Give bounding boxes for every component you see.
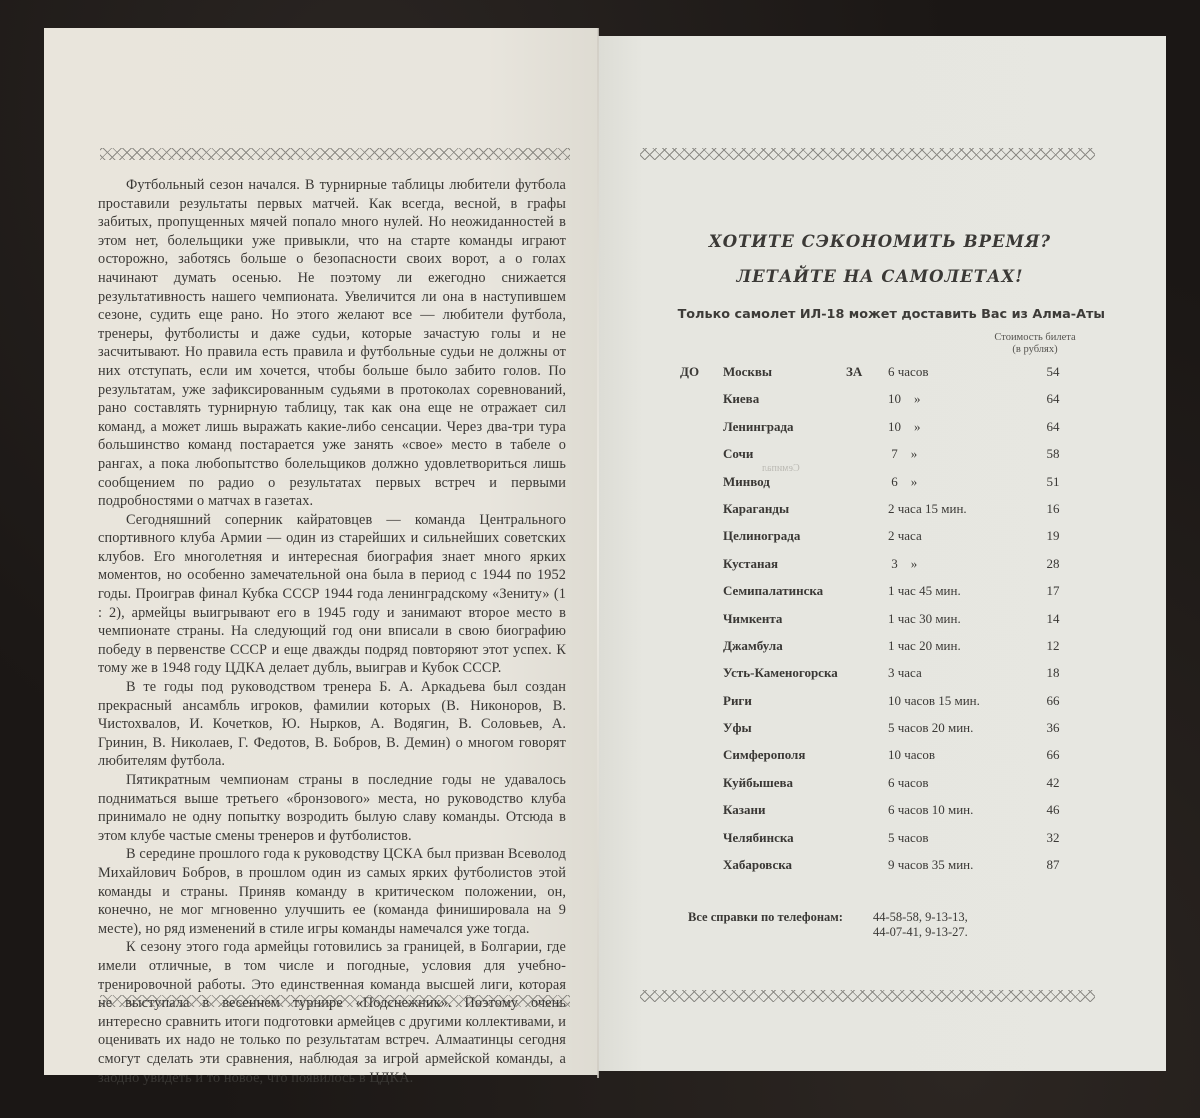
- ticket-price: 32: [1038, 830, 1068, 846]
- price-header-unit: (в рублях): [960, 344, 1110, 356]
- destination-city: Ленинграда: [723, 419, 794, 435]
- ticket-price: 36: [1038, 720, 1068, 736]
- destination-city: Джамбула: [723, 638, 783, 654]
- article-paragraph: Сегодняшний соперник кайратовцев — коман…: [98, 511, 566, 678]
- table-row: Киева10 »64: [670, 391, 1100, 418]
- ticket-price: 51: [1038, 474, 1068, 490]
- table-row: Симферополя10 часов66: [670, 747, 1100, 774]
- ad-headline: ХОТИТЕ СЭКОНОМИТЬ ВРЕМЯ?: [620, 232, 1140, 251]
- destination-city: Кустаная: [723, 556, 778, 572]
- article-paragraph: Футбольный сезон начался. В турнирные та…: [98, 176, 566, 511]
- flight-duration: 2 часа 15 мин.: [888, 501, 967, 517]
- flight-duration: 10 часов: [888, 747, 935, 763]
- destination-city: Куйбышева: [723, 775, 793, 791]
- ticket-price: 64: [1038, 419, 1068, 435]
- table-row: Целинограда2 часа19: [670, 528, 1100, 555]
- article-paragraph: Пятикратным чемпионам страны в последние…: [98, 771, 566, 845]
- ticket-price: 66: [1038, 747, 1068, 763]
- flight-duration: 6 »: [888, 474, 917, 490]
- ticket-price: 14: [1038, 611, 1068, 627]
- table-row: Ленинграда10 »64: [670, 419, 1100, 446]
- destination-city: Челябинска: [723, 830, 794, 846]
- destination-city: Минвод: [723, 474, 770, 490]
- ticket-price: 87: [1038, 857, 1068, 873]
- flight-duration: 5 часов 20 мин.: [888, 720, 973, 736]
- table-row: Куйбышева6 часов42: [670, 775, 1100, 802]
- table-row: Челябинска5 часов32: [670, 830, 1100, 857]
- flight-duration: 6 часов 10 мин.: [888, 802, 973, 818]
- flight-duration: 5 часов: [888, 830, 928, 846]
- flight-duration: 10 »: [888, 419, 921, 435]
- ticket-price: 12: [1038, 638, 1068, 654]
- table-row: Сочи 7 »58: [670, 446, 1100, 473]
- destination-city: Казани: [723, 802, 765, 818]
- flight-duration: 2 часа: [888, 528, 922, 544]
- label-in: ЗА: [846, 364, 862, 380]
- table-row: Семипалатинска1 час 45 мин.17: [670, 583, 1100, 610]
- destination-city: Караганды: [723, 501, 789, 517]
- price-column-header: Стоимость билета (в рублях): [960, 332, 1110, 356]
- flight-duration: 6 часов: [888, 775, 928, 791]
- ornament-border: [100, 148, 570, 160]
- flight-duration: 6 часов: [888, 364, 928, 380]
- flight-duration: 1 час 45 мин.: [888, 583, 961, 599]
- destination-city: Сочи: [723, 446, 753, 462]
- label-to: ДО: [680, 364, 699, 380]
- destination-city: Симферополя: [723, 747, 805, 763]
- flight-duration: 9 часов 35 мин.: [888, 857, 973, 873]
- ticket-price: 18: [1038, 665, 1068, 681]
- flight-duration: 3 часа: [888, 665, 922, 681]
- flight-duration: 3 »: [888, 556, 917, 572]
- ticket-price: 17: [1038, 583, 1068, 599]
- destination-city: Риги: [723, 693, 752, 709]
- table-row: ДОЗАМосквы6 часов54: [670, 364, 1100, 391]
- ticket-price: 16: [1038, 501, 1068, 517]
- flight-duration: 1 час 20 мин.: [888, 638, 961, 654]
- ticket-price: 66: [1038, 693, 1068, 709]
- destination-city: Уфы: [723, 720, 752, 736]
- table-row: Кустаная 3 »28: [670, 556, 1100, 583]
- ticket-price: 28: [1038, 556, 1068, 572]
- ticket-price: 46: [1038, 802, 1068, 818]
- flight-duration: 1 час 30 мин.: [888, 611, 961, 627]
- table-row: Риги10 часов 15 мин.66: [670, 693, 1100, 720]
- article-paragraph: К сезону этого года армейцы готовились з…: [98, 938, 566, 1087]
- flight-duration: 10 часов 15 мин.: [888, 693, 980, 709]
- flight-duration: 7 »: [888, 446, 917, 462]
- table-row: Джамбула1 час 20 мин.12: [670, 638, 1100, 665]
- table-row: Казани6 часов 10 мин.46: [670, 802, 1100, 829]
- flight-routes-table: ДОЗАМосквы6 часов54Киева10 »64Ленинграда…: [670, 364, 1100, 884]
- article-paragraph: В середине прошлого года к руководству Ц…: [98, 845, 566, 938]
- table-row: Хабаровска9 часов 35 мин.87: [670, 857, 1100, 884]
- phone-line: 44-58-58, 9-13-13,: [873, 910, 968, 925]
- destination-city: Чимкента: [723, 611, 782, 627]
- ticket-price: 58: [1038, 446, 1068, 462]
- phone-numbers: 44-58-58, 9-13-13, 44-07-41, 9-13-27.: [873, 910, 968, 940]
- table-row: Минвод 6 »51: [670, 474, 1100, 501]
- contacts-label: Все справки по телефонам:: [688, 910, 843, 925]
- table-row: Караганды2 часа 15 мин.16: [670, 501, 1100, 528]
- phone-line: 44-07-41, 9-13-27.: [873, 925, 968, 940]
- table-row: Уфы5 часов 20 мин.36: [670, 720, 1100, 747]
- destination-city: Москвы: [723, 364, 772, 380]
- article-text: Футбольный сезон начался. В турнирные та…: [98, 176, 566, 1087]
- ticket-price: 19: [1038, 528, 1068, 544]
- destination-city: Усть-Каменогорска: [723, 665, 838, 681]
- table-row: Усть-Каменогорска3 часа18: [670, 665, 1100, 692]
- ornament-border: [640, 148, 1095, 160]
- destination-city: Хабаровска: [723, 857, 792, 873]
- page-fold: [597, 28, 599, 1078]
- ticket-price: 42: [1038, 775, 1068, 791]
- destination-city: Киева: [723, 391, 759, 407]
- article-paragraph: В те годы под руководством тренера Б. А.…: [98, 678, 566, 771]
- destination-city: Семипалатинска: [723, 583, 823, 599]
- ad-subtitle: Только самолет ИЛ-18 может доставить Вас…: [620, 307, 1105, 322]
- ad-headline-secondary: ЛЕТАЙТЕ НА САМОЛЕТАХ!: [620, 267, 1140, 286]
- ticket-price: 64: [1038, 391, 1068, 407]
- price-header-line: Стоимость билета: [960, 332, 1110, 344]
- table-row: Чимкента1 час 30 мин.14: [670, 611, 1100, 638]
- ornament-border: [640, 990, 1095, 1002]
- ticket-price: 54: [1038, 364, 1068, 380]
- flight-duration: 10 »: [888, 391, 921, 407]
- destination-city: Целинограда: [723, 528, 800, 544]
